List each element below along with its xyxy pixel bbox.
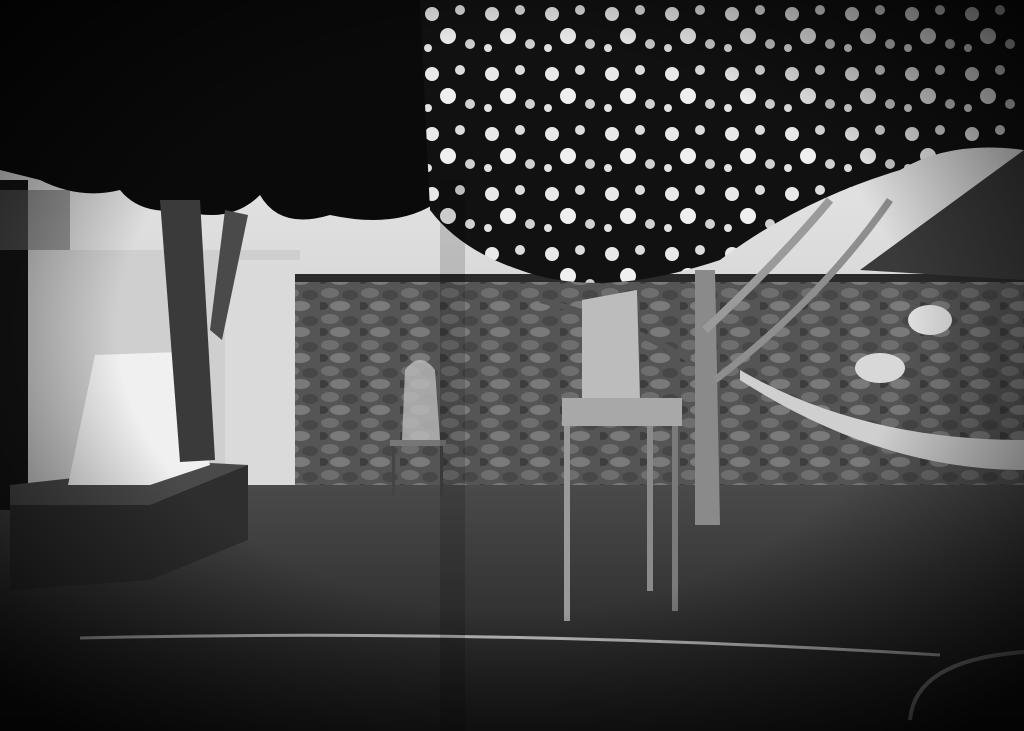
photograph [0, 0, 1024, 731]
garden-scene [0, 0, 1024, 731]
vignette [0, 0, 1024, 731]
